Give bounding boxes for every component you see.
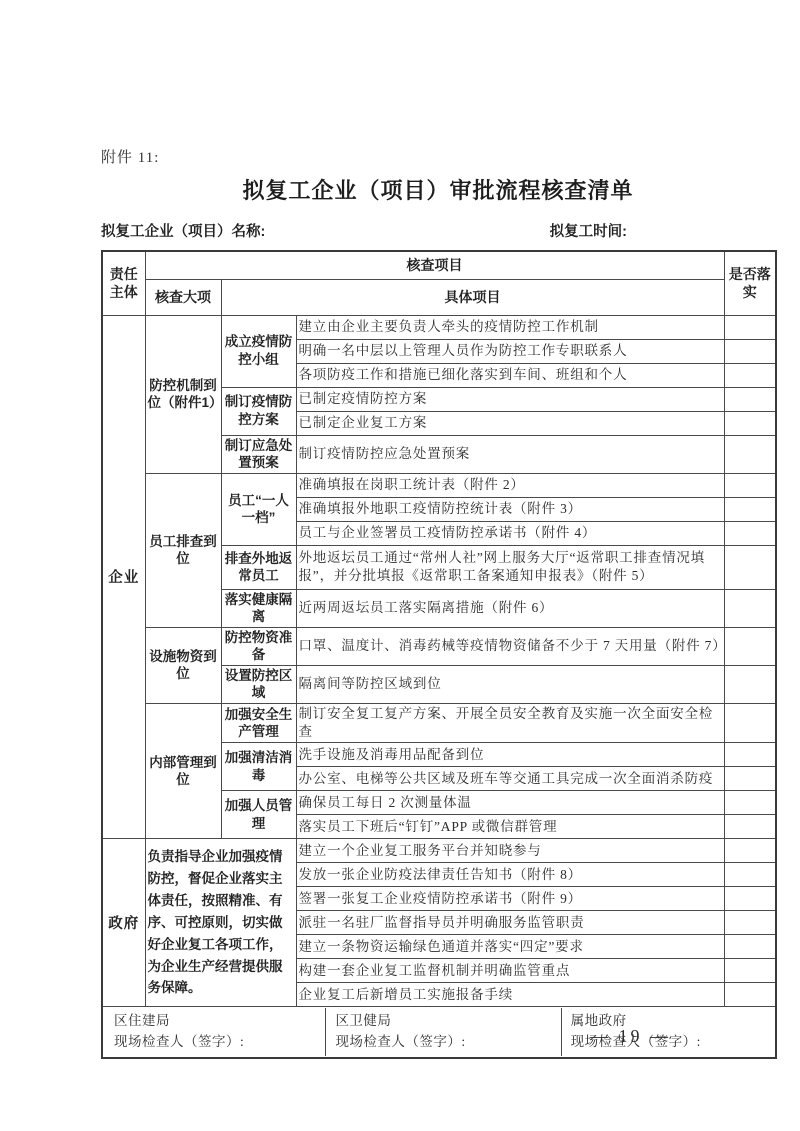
subcategory-personnel-management: 加强人员管理 bbox=[221, 791, 296, 839]
subcategory-control-zones: 设置防控区域 bbox=[221, 665, 296, 703]
sign-org: 区卫健局 bbox=[335, 1011, 556, 1032]
implemented-cell bbox=[724, 791, 776, 815]
item-cell: 建立一条物资运输绿色通道并落实“四定”要求 bbox=[296, 935, 724, 959]
header-row-1: 责任主体 核查项目 是否落实 bbox=[102, 251, 776, 279]
implemented-cell bbox=[724, 315, 776, 339]
table-row: 内部管理到位 加强安全生产管理 制订安全复工复产方案、开展全员安全教育及实施一次… bbox=[102, 703, 776, 742]
category-facilities-supplies: 设施物资到位 bbox=[145, 627, 221, 703]
subcategory-safety-production: 加强安全生产管理 bbox=[221, 703, 296, 742]
item-cell: 隔离间等防控区域到位 bbox=[296, 665, 724, 703]
implemented-cell bbox=[724, 497, 776, 521]
header-check-project: 核查项目 bbox=[145, 251, 724, 279]
implemented-cell bbox=[724, 839, 776, 863]
sign-org: 区住建局 bbox=[114, 1011, 321, 1032]
header-specific-items: 具体项目 bbox=[221, 279, 724, 315]
signature-row: 区住建局 现场检查人（签字）: 区卫健局 现场检查人（签字）: 属地政府 现场检… bbox=[102, 1007, 776, 1058]
subcategory-supplies-preparation: 防控物资准备 bbox=[221, 627, 296, 665]
implemented-cell bbox=[724, 339, 776, 363]
item-cell: 各项防疫工作和措施已细化落实到车间、班组和个人 bbox=[296, 363, 724, 387]
implemented-cell bbox=[724, 435, 776, 473]
item-cell: 制订安全复工复产方案、开展全员安全教育及实施一次全面安全检查 bbox=[296, 703, 724, 742]
page-number: — 19 — bbox=[590, 1026, 671, 1047]
subcategory-cleaning-disinfection: 加强清洁消毒 bbox=[221, 743, 296, 791]
category-staff-screening: 员工排查到位 bbox=[145, 473, 221, 627]
sign-label: 现场检查人（签字）: bbox=[114, 1032, 321, 1053]
item-cell: 派驻一名驻厂监督指导员并明确服务监管职责 bbox=[296, 911, 724, 935]
item-cell: 发放一张企业防疫法律责任告知书（附件 8） bbox=[296, 863, 724, 887]
signature-cells: 区住建局 现场检查人（签字）: 区卫健局 现场检查人（签字）: 属地政府 现场检… bbox=[105, 1008, 773, 1056]
implemented-cell bbox=[724, 665, 776, 703]
item-cell: 口罩、温度计、消毒药械等疫情物资储备不少于 7 天用量（附件 7） bbox=[296, 627, 724, 665]
checklist-table: 责任主体 核查项目 是否落实 核查大项 具体项目 企业 防控机制到位（附件1） … bbox=[101, 250, 777, 1059]
item-cell: 准确填报外地职工疫情防控统计表（附件 3） bbox=[296, 497, 724, 521]
meta-row: 拟复工企业（项目）名称: 拟复工时间: bbox=[101, 220, 775, 241]
implemented-cell bbox=[724, 589, 776, 627]
owner-enterprise: 企业 bbox=[102, 315, 145, 839]
implemented-cell bbox=[724, 959, 776, 983]
item-cell: 准确填报在岗职工统计表（附件 2） bbox=[296, 473, 724, 497]
subcategory-one-file-per-person: 员工“一人一档” bbox=[221, 473, 296, 545]
implemented-cell bbox=[724, 935, 776, 959]
header-row-2: 核查大项 具体项目 bbox=[102, 279, 776, 315]
implemented-cell bbox=[724, 703, 776, 742]
document-content: 附件 11: 拟复工企业（项目）审批流程核查清单 拟复工企业（项目）名称: 拟复… bbox=[101, 146, 775, 1059]
sign-cell-housing-bureau: 区住建局 现场检查人（签字）: bbox=[105, 1008, 325, 1056]
implemented-cell bbox=[724, 411, 776, 435]
item-cell: 构建一套企业复工监督机制并明确监管重点 bbox=[296, 959, 724, 983]
item-cell: 企业复工后新增员工实施报备手续 bbox=[296, 983, 724, 1007]
item-cell: 落实员工下班后“钉钉”APP 或微信群管理 bbox=[296, 815, 724, 839]
subcategory-prevention-plan: 制订疫情防控方案 bbox=[221, 387, 296, 435]
implemented-cell bbox=[724, 887, 776, 911]
implemented-cell bbox=[724, 545, 776, 589]
item-cell: 员工与企业签署员工疫情防控承诺书（附件 4） bbox=[296, 521, 724, 545]
government-duty-description: 负责指导企业加强疫情防控，督促企业落实主体责任，按照精准、有序、可控原则，切实做… bbox=[145, 839, 296, 1007]
owner-government: 政府 bbox=[102, 839, 145, 1007]
header-implemented: 是否落实 bbox=[724, 251, 776, 315]
category-prevention-mechanism: 防控机制到位（附件1） bbox=[145, 315, 221, 473]
category-internal-management: 内部管理到位 bbox=[145, 703, 221, 838]
item-cell: 签署一张复工企业疫情防控承诺书（附件 9） bbox=[296, 887, 724, 911]
item-cell: 已制定疫情防控方案 bbox=[296, 387, 724, 411]
implemented-cell bbox=[724, 363, 776, 387]
item-cell: 建立一个企业复工服务平台并知晓参与 bbox=[296, 839, 724, 863]
table-row: 员工排查到位 员工“一人一档” 准确填报在岗职工统计表（附件 2） bbox=[102, 473, 776, 497]
item-cell: 已制定企业复工方案 bbox=[296, 411, 724, 435]
subcategory-screen-returning-staff: 排查外地返常员工 bbox=[221, 545, 296, 589]
subcategory-emergency-plan: 制订应急处置预案 bbox=[221, 435, 296, 473]
item-cell: 办公室、电梯等公共区域及班车等交通工具完成一次全面消杀防疫 bbox=[296, 767, 724, 791]
header-responsibility: 责任主体 bbox=[102, 251, 145, 315]
sign-cell-health-bureau: 区卫健局 现场检查人（签字）: bbox=[325, 1008, 560, 1056]
item-cell: 外地返坛员工通过“常州人社”网上服务大厅“返常职工排查情况填报”，并分批填报《返… bbox=[296, 545, 724, 589]
implemented-cell bbox=[724, 521, 776, 545]
item-cell: 洗手设施及消毒用品配备到位 bbox=[296, 743, 724, 767]
attachment-label: 附件 11: bbox=[101, 146, 775, 167]
resume-time-label: 拟复工时间: bbox=[550, 220, 627, 241]
document-page: 附件 11: 拟复工企业（项目）审批流程核查清单 拟复工企业（项目）名称: 拟复… bbox=[0, 0, 800, 1131]
subcategory-setup-group: 成立疫情防控小组 bbox=[221, 315, 296, 387]
signature-row-wrap: 区住建局 现场检查人（签字）: 区卫健局 现场检查人（签字）: 属地政府 现场检… bbox=[102, 1007, 776, 1058]
implemented-cell bbox=[724, 767, 776, 791]
item-cell: 近两周返坛员工落实隔离措施（附件 6） bbox=[296, 589, 724, 627]
enterprise-name-label: 拟复工企业（项目）名称: bbox=[101, 220, 265, 241]
implemented-cell bbox=[724, 387, 776, 411]
implemented-cell bbox=[724, 473, 776, 497]
table-row: 设施物资到位 防控物资准备 口罩、温度计、消毒药械等疫情物资储备不少于 7 天用… bbox=[102, 627, 776, 665]
implemented-cell bbox=[724, 627, 776, 665]
implemented-cell bbox=[724, 983, 776, 1007]
item-cell: 明确一名中层以上管理人员作为防控工作专职联系人 bbox=[296, 339, 724, 363]
subcategory-health-quarantine: 落实健康隔离 bbox=[221, 589, 296, 627]
implemented-cell bbox=[724, 863, 776, 887]
page-title: 拟复工企业（项目）审批流程核查清单 bbox=[101, 174, 775, 205]
item-cell: 确保员工每日 2 次测量体温 bbox=[296, 791, 724, 815]
table-row: 企业 防控机制到位（附件1） 成立疫情防控小组 建立由企业主要负责人牵头的疫情防… bbox=[102, 315, 776, 339]
implemented-cell bbox=[724, 911, 776, 935]
item-cell: 建立由企业主要负责人牵头的疫情防控工作机制 bbox=[296, 315, 724, 339]
item-cell: 制订疫情防控应急处置预案 bbox=[296, 435, 724, 473]
header-check-category: 核查大项 bbox=[145, 279, 221, 315]
implemented-cell bbox=[724, 815, 776, 839]
sign-label: 现场检查人（签字）: bbox=[335, 1032, 556, 1053]
table-row: 政府 负责指导企业加强疫情防控，督促企业落实主体责任，按照精准、有序、可控原则，… bbox=[102, 839, 776, 863]
implemented-cell bbox=[724, 743, 776, 767]
